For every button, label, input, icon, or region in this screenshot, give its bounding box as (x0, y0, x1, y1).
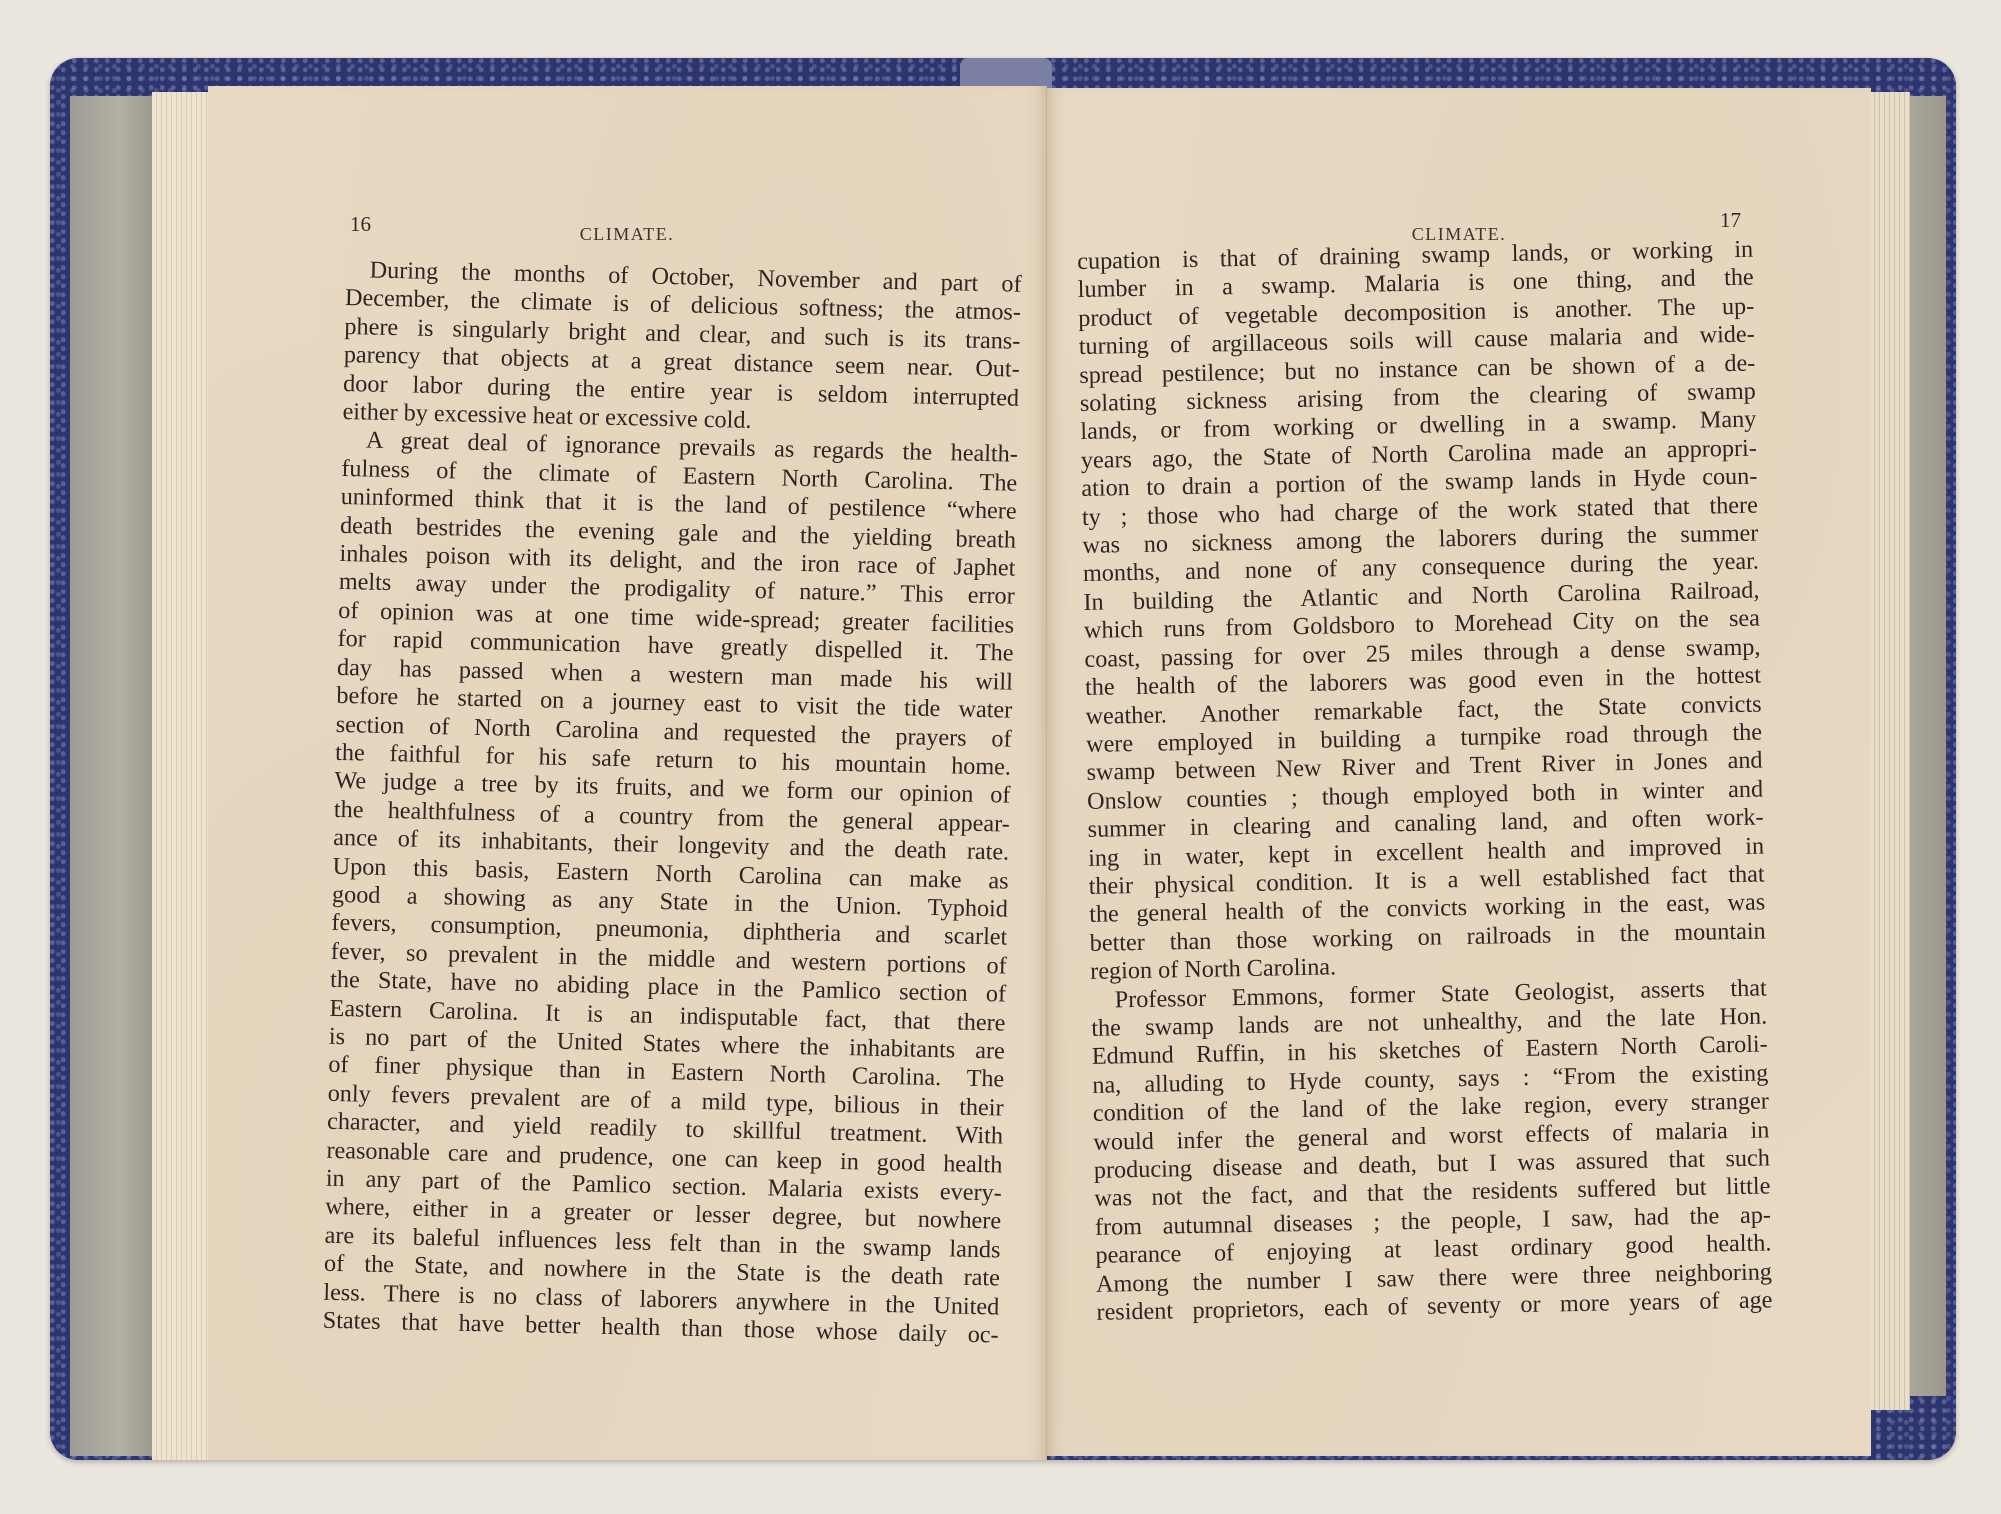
page-number: 17 (1720, 208, 1741, 233)
body-text: During the months of October, November a… (322, 256, 1021, 1350)
endpaper-left (70, 96, 152, 1456)
left-page: 16 CLIMATE. During the months of October… (208, 86, 1047, 1460)
page-stack-right (1870, 92, 1910, 1410)
body-text: cupation is that of draining swamp lands… (1077, 236, 1773, 1328)
book-scan: 16 CLIMATE. During the months of October… (0, 0, 2001, 1514)
right-page: CLIMATE. 17 cupation is that of draining… (1047, 88, 1871, 1456)
page-stack-left (152, 92, 212, 1460)
running-head: CLIMATE. (208, 224, 1046, 245)
endpaper-right (1910, 96, 1946, 1396)
